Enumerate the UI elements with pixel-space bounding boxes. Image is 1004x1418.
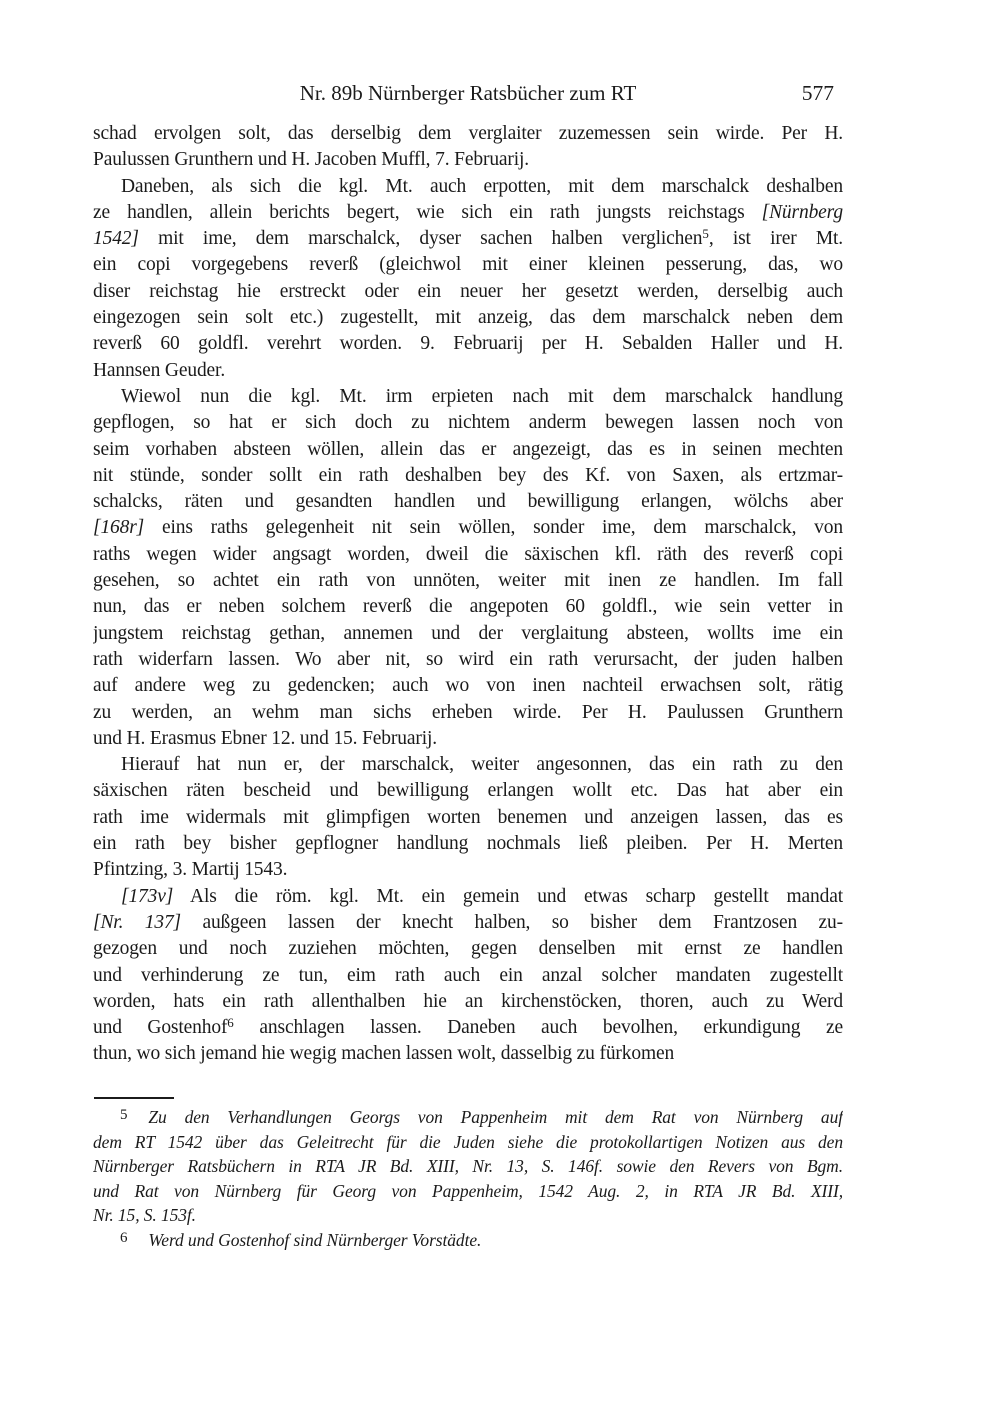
body-line: Paulussen Grunthern und H. Jacoben Muffl…	[93, 147, 843, 173]
italic-insertion: 1542]	[93, 228, 139, 249]
body-line: gesehen, so achtet ein rath von unnöten,…	[93, 568, 843, 594]
text-segment: eingezogen sein solt etc.) zugestellt, m…	[93, 307, 843, 328]
text-segment: ein rath bey bisher gepflogner handlung …	[93, 833, 843, 854]
text-segment: reverß 60 goldfl. verehrt worden. 9. Feb…	[93, 333, 843, 354]
paragraph: Hierauf hat nun er, der marschalck, weit…	[93, 752, 843, 883]
text-segment: Zu den Verhandlungen Georgs von Pappenhe…	[148, 1107, 843, 1127]
body-line: [Nr. 137] außgeen lassen der knecht halb…	[93, 910, 843, 936]
italic-insertion: [Nürnberg	[762, 202, 843, 223]
body-line: jungstem reichstag gethan, annemen und d…	[93, 621, 843, 647]
body-line: [173v] Als die röm. kgl. Mt. ein gemein …	[93, 884, 843, 910]
footnote-number: 5	[120, 1107, 127, 1123]
text-segment: schad ervolgen solt, das derselbig dem v…	[93, 123, 843, 144]
text-segment: gezogen und noch zuziehen möchten, gegen…	[93, 938, 843, 959]
body-line: Hannsen Geuder.	[93, 358, 843, 384]
paragraph: schad ervolgen solt, das derselbig dem v…	[93, 121, 843, 174]
body-line: ze handlen, allein berichts begert, wie …	[93, 200, 843, 226]
text-segment: rath widerfarn lassen. Wo aber nit, so w…	[93, 649, 843, 670]
footnote-line: Nürnberger Ratsbüchern in RTA JR Bd. XII…	[93, 1154, 843, 1179]
text-segment: und Rat von Nürnberg für Georg von Pappe…	[93, 1181, 843, 1201]
text-segment: Werd und Gostenhof sind Nürnberger Vorst…	[148, 1230, 481, 1250]
text-segment: jungstem reichstag gethan, annemen und d…	[93, 623, 843, 644]
body-line: reverß 60 goldfl. verehrt worden. 9. Feb…	[93, 331, 843, 357]
body-line: rath ime widermals mit glimpfigen worten…	[93, 805, 843, 831]
italic-insertion: [Nr. 137]	[93, 912, 181, 933]
text-segment: Hierauf hat nun er, der marschalck, weit…	[121, 754, 843, 775]
text-segment: anschlagen lassen. Daneben auch bevolhen…	[234, 1017, 843, 1038]
text-segment: , ist irer Mt.	[709, 228, 843, 249]
text-segment: ze handlen, allein berichts begert, wie …	[93, 202, 762, 223]
text-segment: und Gostenhof	[93, 1017, 227, 1038]
paragraph: [173v] Als die röm. kgl. Mt. ein gemein …	[93, 884, 843, 1068]
body-line: eingezogen sein solt etc.) zugestellt, m…	[93, 305, 843, 331]
body-line: zu werden, an wehm man sichs erheben wir…	[93, 700, 843, 726]
book-page: Nr. 89b Nürnberger Ratsbücher zum RT 577…	[0, 0, 1004, 1418]
body-line: [168r] eins raths gelegenheit nit sein w…	[93, 515, 843, 541]
body-line: Daneben, als sich die kgl. Mt. auch erpo…	[93, 174, 843, 200]
text-segment: mit ime, dem marschalck, dyser sachen ha…	[139, 228, 703, 249]
text-segment: zu werden, an wehm man sichs erheben wir…	[93, 702, 843, 723]
body-line: auf andere weg zu gedencken; auch wo von…	[93, 673, 843, 699]
footnote-line: dem RT 1542 über das Geleitrecht für die…	[93, 1130, 843, 1155]
body-line: rath widerfarn lassen. Wo aber nit, so w…	[93, 647, 843, 673]
text-segment: Paulussen Grunthern und H. Jacoben Muffl…	[93, 149, 529, 170]
body-line: thun, wo sich jemand hie wegig machen la…	[93, 1041, 843, 1067]
text-segment: worden, hats ein rath allenthalben hie a…	[93, 991, 843, 1012]
body-line: Hierauf hat nun er, der marschalck, weit…	[93, 752, 843, 778]
body-line: und verhinderung ze tun, eim rath auch e…	[93, 963, 843, 989]
body-line: ein rath bey bisher gepflogner handlung …	[93, 831, 843, 857]
page-number: 577	[802, 81, 834, 105]
footnote-number: 6	[120, 1230, 127, 1246]
body-line: schad ervolgen solt, das derselbig dem v…	[93, 121, 843, 147]
body-text: schad ervolgen solt, das derselbig dem v…	[93, 121, 843, 1068]
text-segment: eins raths gelegenheit nit sein wöllen, …	[144, 517, 843, 538]
body-line: und H. Erasmus Ebner 12. und 15. Februar…	[93, 726, 843, 752]
text-segment: Hannsen Geuder.	[93, 360, 225, 381]
body-line: seim vorhaben absteen wöllen, allein das…	[93, 437, 843, 463]
text-segment: und H. Erasmus Ebner 12. und 15. Februar…	[93, 728, 437, 749]
text-segment: thun, wo sich jemand hie wegig machen la…	[93, 1043, 674, 1064]
text-segment: gepflogen, so hat er sich doch zu nichte…	[93, 412, 843, 433]
text-segment: außgeen lassen der knecht halben, so bis…	[181, 912, 843, 933]
text-segment: nun, das er neben solchem reverß die ang…	[93, 596, 843, 617]
text-segment: Pfintzing, 3. Martij 1543.	[93, 859, 287, 880]
text-segment: seim vorhaben absteen wöllen, allein das…	[93, 439, 843, 460]
body-line: säxischen räten bescheid und bewilligung…	[93, 778, 843, 804]
body-line: schalcks, räten und gesandten handlen un…	[93, 489, 843, 515]
running-header: Nr. 89b Nürnberger Ratsbücher zum RT 577	[93, 81, 843, 107]
footnote-line: und Rat von Nürnberg für Georg von Pappe…	[93, 1179, 843, 1204]
body-line: gezogen und noch zuziehen möchten, gegen…	[93, 936, 843, 962]
body-line: gepflogen, so hat er sich doch zu nichte…	[93, 410, 843, 436]
footnote: 5Zu den Verhandlungen Georgs von Pappenh…	[93, 1105, 843, 1228]
italic-insertion: [168r]	[93, 517, 144, 538]
footnotes-section: 5Zu den Verhandlungen Georgs von Pappenh…	[93, 1105, 843, 1252]
footnote-line: Nr. 15, S. 153f.	[93, 1203, 843, 1228]
text-segment: auf andere weg zu gedencken; auch wo von…	[93, 675, 843, 696]
text-segment: diser reichstag hie erstreckt oder ein n…	[93, 281, 843, 302]
text-segment: schalcks, räten und gesandten handlen un…	[93, 491, 843, 512]
body-line: nit stünde, sonder sollt ein rath deshal…	[93, 463, 843, 489]
body-line: Pfintzing, 3. Martij 1543.	[93, 857, 843, 883]
body-line: diser reichstag hie erstreckt oder ein n…	[93, 279, 843, 305]
paragraph: Daneben, als sich die kgl. Mt. auch erpo…	[93, 174, 843, 384]
paragraph: Wiewol nun die kgl. Mt. irm erpieten nac…	[93, 384, 843, 752]
body-line: raths wegen wider angsagt worden, dweil …	[93, 542, 843, 568]
text-segment: raths wegen wider angsagt worden, dweil …	[93, 544, 843, 565]
text-segment: nit stünde, sonder sollt ein rath deshal…	[93, 465, 843, 486]
body-line: 1542] mit ime, dem marschalck, dyser sac…	[93, 226, 843, 252]
body-line: worden, hats ein rath allenthalben hie a…	[93, 989, 843, 1015]
text-segment: säxischen räten bescheid und bewilligung…	[93, 780, 843, 801]
text-segment: Nürnberger Ratsbüchern in RTA JR Bd. XII…	[93, 1156, 843, 1176]
body-line: Wiewol nun die kgl. Mt. irm erpieten nac…	[93, 384, 843, 410]
text-segment: gesehen, so achtet ein rath von unnöten,…	[93, 570, 843, 591]
footnote-line: 5Zu den Verhandlungen Georgs von Pappenh…	[93, 1105, 843, 1130]
body-line: nun, das er neben solchem reverß die ang…	[93, 594, 843, 620]
text-segment: Als die röm. kgl. Mt. ein gemein und etw…	[173, 886, 843, 907]
body-line: ein copi vorgegebens reverß (gleichwol m…	[93, 252, 843, 278]
text-segment: Nr. 15, S. 153f.	[93, 1205, 196, 1225]
italic-insertion: [173v]	[121, 886, 173, 907]
footnote-line: 6Werd und Gostenhof sind Nürnberger Vors…	[93, 1228, 843, 1253]
text-segment: Wiewol nun die kgl. Mt. irm erpieten nac…	[121, 386, 843, 407]
body-line: und Gostenhof6 anschlagen lassen. Danebe…	[93, 1015, 843, 1041]
text-segment: rath ime widermals mit glimpfigen worten…	[93, 807, 843, 828]
footnote-separator-rule	[94, 1097, 174, 1099]
footnote: 6Werd und Gostenhof sind Nürnberger Vors…	[93, 1228, 843, 1253]
text-segment: dem RT 1542 über das Geleitrecht für die…	[93, 1132, 843, 1152]
text-segment: ein copi vorgegebens reverß (gleichwol m…	[93, 254, 843, 275]
text-segment: Daneben, als sich die kgl. Mt. auch erpo…	[121, 176, 843, 197]
header-title: Nr. 89b Nürnberger Ratsbücher zum RT	[93, 81, 843, 105]
text-segment: und verhinderung ze tun, eim rath auch e…	[93, 965, 843, 986]
